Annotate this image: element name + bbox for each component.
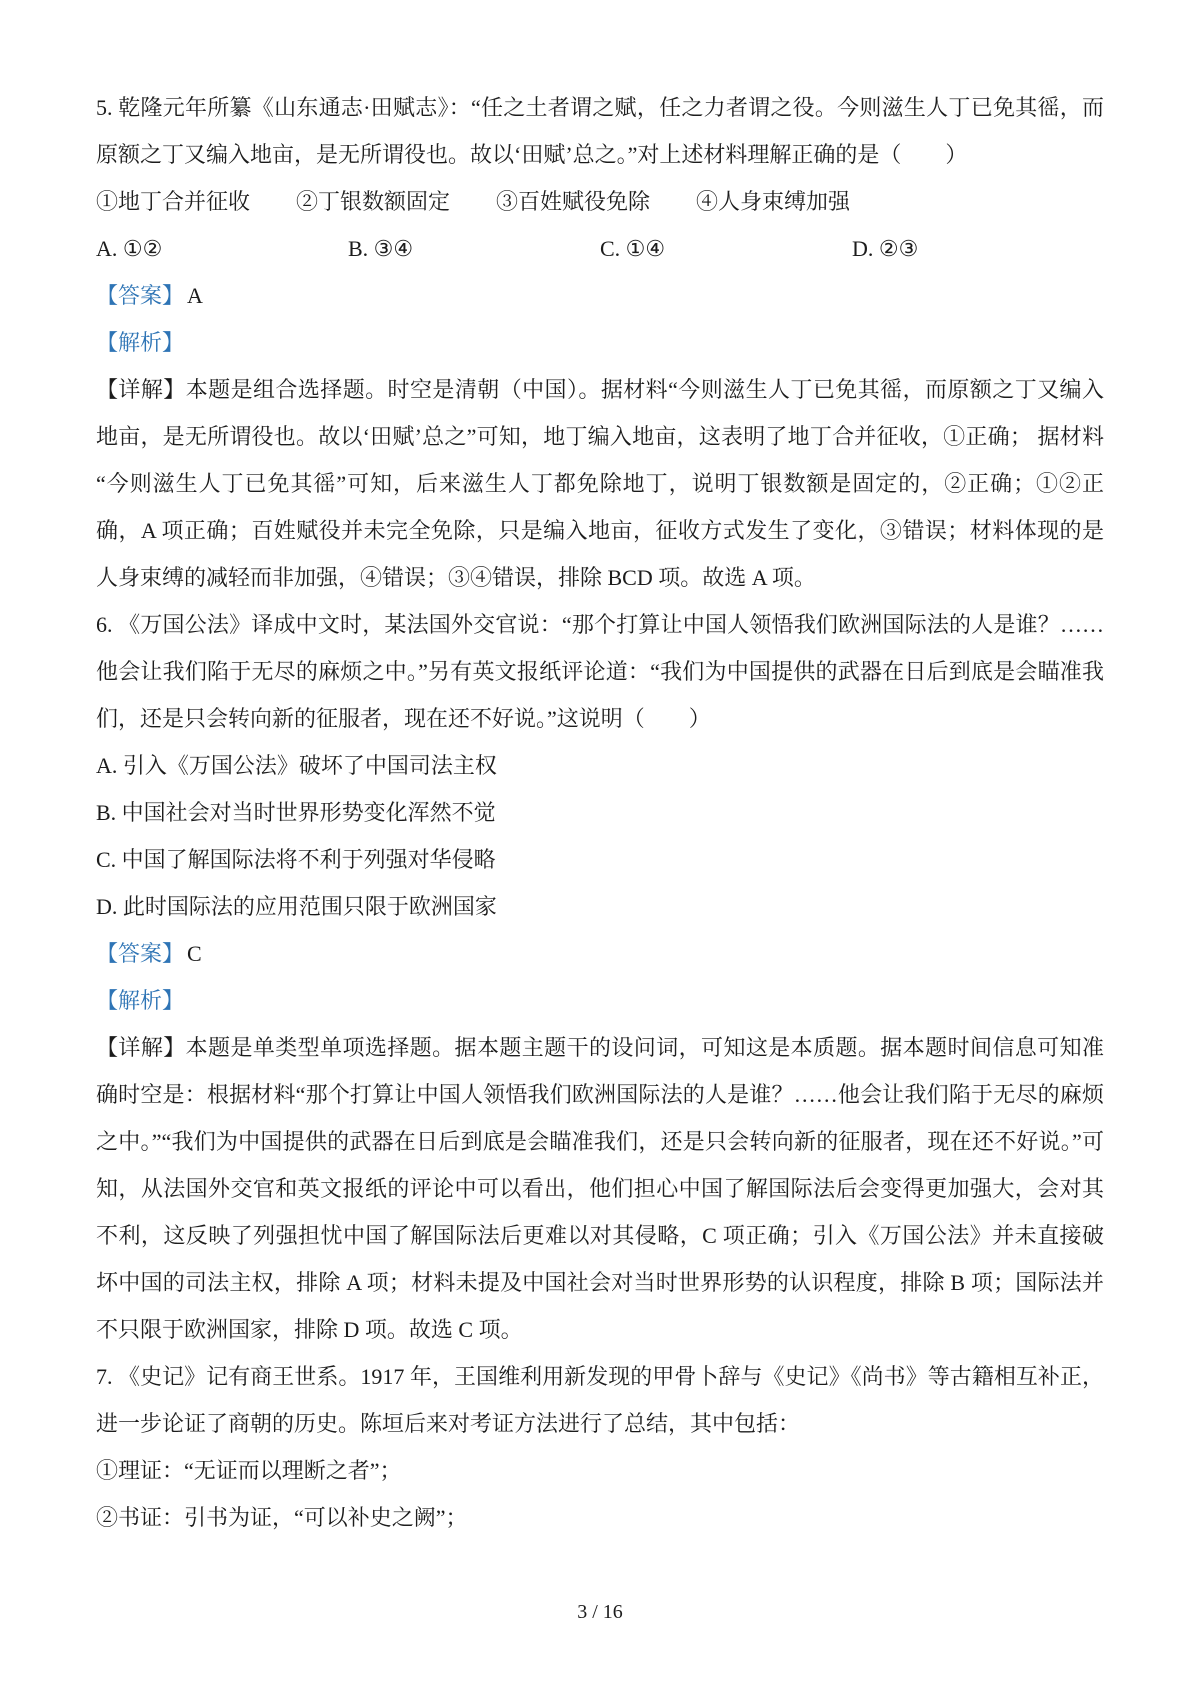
- page-content: 5. 乾隆元年所纂《山东通志·田赋志》：“任之土者谓之赋，任之力者谓之役。今则滋…: [96, 84, 1104, 1541]
- question-5-item-4: ④人身束缚加强: [696, 178, 850, 225]
- question-5-item-3: ③百姓赋役免除: [496, 178, 650, 225]
- question-6-option-c: C. 中国了解国际法将不利于列强对华侵略: [96, 836, 1104, 883]
- question-6-answer-value: C: [187, 941, 202, 966]
- question-5-option-a: A. ①②: [96, 225, 348, 272]
- question-5-option-d: D. ②③: [852, 225, 1104, 272]
- question-6-option-a: A. 引入《万国公法》破坏了中国司法主权: [96, 742, 1104, 789]
- question-5-stem: 5. 乾隆元年所纂《山东通志·田赋志》：“任之土者谓之赋，任之力者谓之役。今则滋…: [96, 84, 1104, 178]
- answer-label: 【答案】: [96, 941, 184, 966]
- answer-label: 【答案】: [96, 283, 184, 308]
- question-5-answer-value: A: [187, 283, 203, 308]
- question-5-option-c: C. ①④: [600, 225, 852, 272]
- question-7-item-2: ②书证：引书为证，“可以补史之阙”；: [96, 1494, 1104, 1541]
- question-6-option-b: B. 中国社会对当时世界形势变化浑然不觉: [96, 789, 1104, 836]
- question-5-answer-line: 【答案】A: [96, 272, 1104, 319]
- question-6-stem: 6. 《万国公法》译成中文时，某法国外交官说：“那个打算让中国人领悟我们欧洲国际…: [96, 601, 1104, 742]
- page-number: 3 / 16: [0, 1598, 1200, 1626]
- document-page: 5. 乾隆元年所纂《山东通志·田赋志》：“任之土者谓之赋，任之力者谓之役。今则滋…: [0, 0, 1200, 1697]
- question-5-item-1: ①地丁合并征收: [96, 178, 250, 225]
- question-5-option-b: B. ③④: [348, 225, 600, 272]
- question-6-option-d: D. 此时国际法的应用范围只限于欧洲国家: [96, 883, 1104, 930]
- question-5-analysis-label: 【解析】: [96, 319, 1104, 366]
- question-6-detail: 【详解】本题是单类型单项选择题。据本题主题干的设问词，可知这是本质题。据本题时间…: [96, 1024, 1104, 1353]
- question-5-numbered-items: ①地丁合并征收 ②丁银数额固定 ③百姓赋役免除 ④人身束缚加强: [96, 178, 1104, 225]
- question-6-analysis-label: 【解析】: [96, 977, 1104, 1024]
- question-6-answer-line: 【答案】C: [96, 930, 1104, 977]
- question-7-item-1: ①理证：“无证而以理断之者”；: [96, 1447, 1104, 1494]
- question-5-options-row: A. ①② B. ③④ C. ①④ D. ②③: [96, 225, 1104, 272]
- question-5-detail: 【详解】本题是组合选择题。时空是清朝（中国）。据材料“今则滋生人丁已免其徭，而原…: [96, 366, 1104, 601]
- question-7-stem: 7. 《史记》记有商王世系。1917 年，王国维利用新发现的甲骨卜辞与《史记》《…: [96, 1353, 1104, 1447]
- question-5-item-2: ②丁银数额固定: [296, 178, 450, 225]
